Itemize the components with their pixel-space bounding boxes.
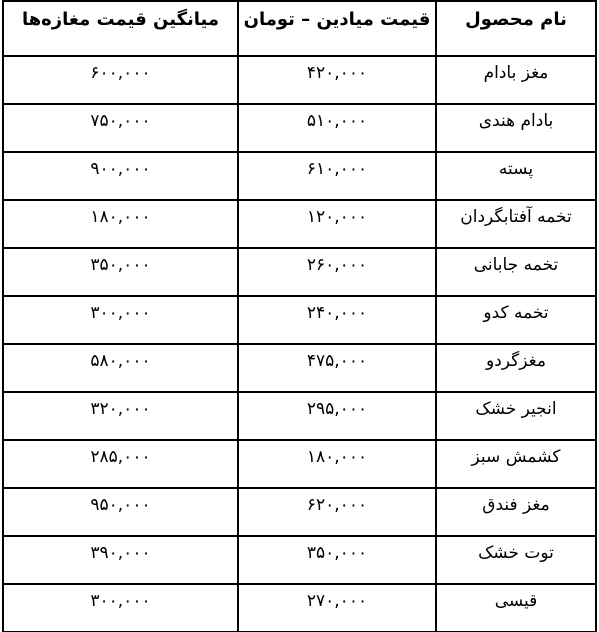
shop-average-price-cell: ۱۸۰,۰۰۰ (3, 200, 238, 248)
shop-average-price-cell: ۷۵۰,۰۰۰ (3, 104, 238, 152)
product-name-cell: مغز فندق (436, 488, 596, 536)
price-table: نام محصول قیمت میادین – تومان میانگین قی… (2, 0, 597, 632)
table-row: مغزگردو ۴۷۵,۰۰۰ ۵۸۰,۰۰۰ (3, 344, 596, 392)
shop-average-price-cell: ۹۰۰,۰۰۰ (3, 152, 238, 200)
market-price-cell: ۱۸۰,۰۰۰ (238, 440, 436, 488)
header-product-name: نام محصول (436, 1, 596, 56)
table-row: توت خشک ۳۵۰,۰۰۰ ۳۹۰,۰۰۰ (3, 536, 596, 584)
shop-average-price-cell: ۳۹۰,۰۰۰ (3, 536, 238, 584)
header-shop-average-price: میانگین قیمت مغازه‌ها (3, 1, 238, 56)
header-market-price: قیمت میادین – تومان (238, 1, 436, 56)
table-row: تخمه آفتابگردان ۱۲۰,۰۰۰ ۱۸۰,۰۰۰ (3, 200, 596, 248)
table-row: مغز بادام ۴۲۰,۰۰۰ ۶۰۰,۰۰۰ (3, 56, 596, 104)
market-price-cell: ۲۶۰,۰۰۰ (238, 248, 436, 296)
product-name-cell: انجیر خشک (436, 392, 596, 440)
shop-average-price-cell: ۳۵۰,۰۰۰ (3, 248, 238, 296)
header-row: نام محصول قیمت میادین – تومان میانگین قی… (3, 1, 596, 56)
table-row: تخمه کدو ۲۴۰,۰۰۰ ۳۰۰,۰۰۰ (3, 296, 596, 344)
product-name-cell: مغز بادام (436, 56, 596, 104)
shop-average-price-cell: ۳۰۰,۰۰۰ (3, 584, 238, 632)
market-price-cell: ۱۲۰,۰۰۰ (238, 200, 436, 248)
table-row: کشمش سبز ۱۸۰,۰۰۰ ۲۸۵,۰۰۰ (3, 440, 596, 488)
product-name-cell: تخمه کدو (436, 296, 596, 344)
shop-average-price-cell: ۳۲۰,۰۰۰ (3, 392, 238, 440)
market-price-cell: ۲۹۵,۰۰۰ (238, 392, 436, 440)
market-price-cell: ۶۲۰,۰۰۰ (238, 488, 436, 536)
market-price-cell: ۴۲۰,۰۰۰ (238, 56, 436, 104)
market-price-cell: ۶۱۰,۰۰۰ (238, 152, 436, 200)
table-row: تخمه جابانی ۲۶۰,۰۰۰ ۳۵۰,۰۰۰ (3, 248, 596, 296)
shop-average-price-cell: ۶۰۰,۰۰۰ (3, 56, 238, 104)
market-price-cell: ۲۷۰,۰۰۰ (238, 584, 436, 632)
product-name-cell: قیسی (436, 584, 596, 632)
market-price-cell: ۳۵۰,۰۰۰ (238, 536, 436, 584)
table-row: مغز فندق ۶۲۰,۰۰۰ ۹۵۰,۰۰۰ (3, 488, 596, 536)
market-price-cell: ۵۱۰,۰۰۰ (238, 104, 436, 152)
product-name-cell: پسته (436, 152, 596, 200)
product-name-cell: تخمه جابانی (436, 248, 596, 296)
table-row: بادام هندی ۵۱۰,۰۰۰ ۷۵۰,۰۰۰ (3, 104, 596, 152)
document-page: نام محصول قیمت میادین – تومان میانگین قی… (0, 0, 599, 632)
shop-average-price-cell: ۲۸۵,۰۰۰ (3, 440, 238, 488)
shop-average-price-cell: ۹۵۰,۰۰۰ (3, 488, 238, 536)
product-name-cell: تخمه آفتابگردان (436, 200, 596, 248)
product-name-cell: مغزگردو (436, 344, 596, 392)
market-price-cell: ۴۷۵,۰۰۰ (238, 344, 436, 392)
shop-average-price-cell: ۳۰۰,۰۰۰ (3, 296, 238, 344)
shop-average-price-cell: ۵۸۰,۰۰۰ (3, 344, 238, 392)
table-row: قیسی ۲۷۰,۰۰۰ ۳۰۰,۰۰۰ (3, 584, 596, 632)
product-name-cell: توت خشک (436, 536, 596, 584)
product-name-cell: بادام هندی (436, 104, 596, 152)
table-row: پسته ۶۱۰,۰۰۰ ۹۰۰,۰۰۰ (3, 152, 596, 200)
product-name-cell: کشمش سبز (436, 440, 596, 488)
market-price-cell: ۲۴۰,۰۰۰ (238, 296, 436, 344)
table-row: انجیر خشک ۲۹۵,۰۰۰ ۳۲۰,۰۰۰ (3, 392, 596, 440)
